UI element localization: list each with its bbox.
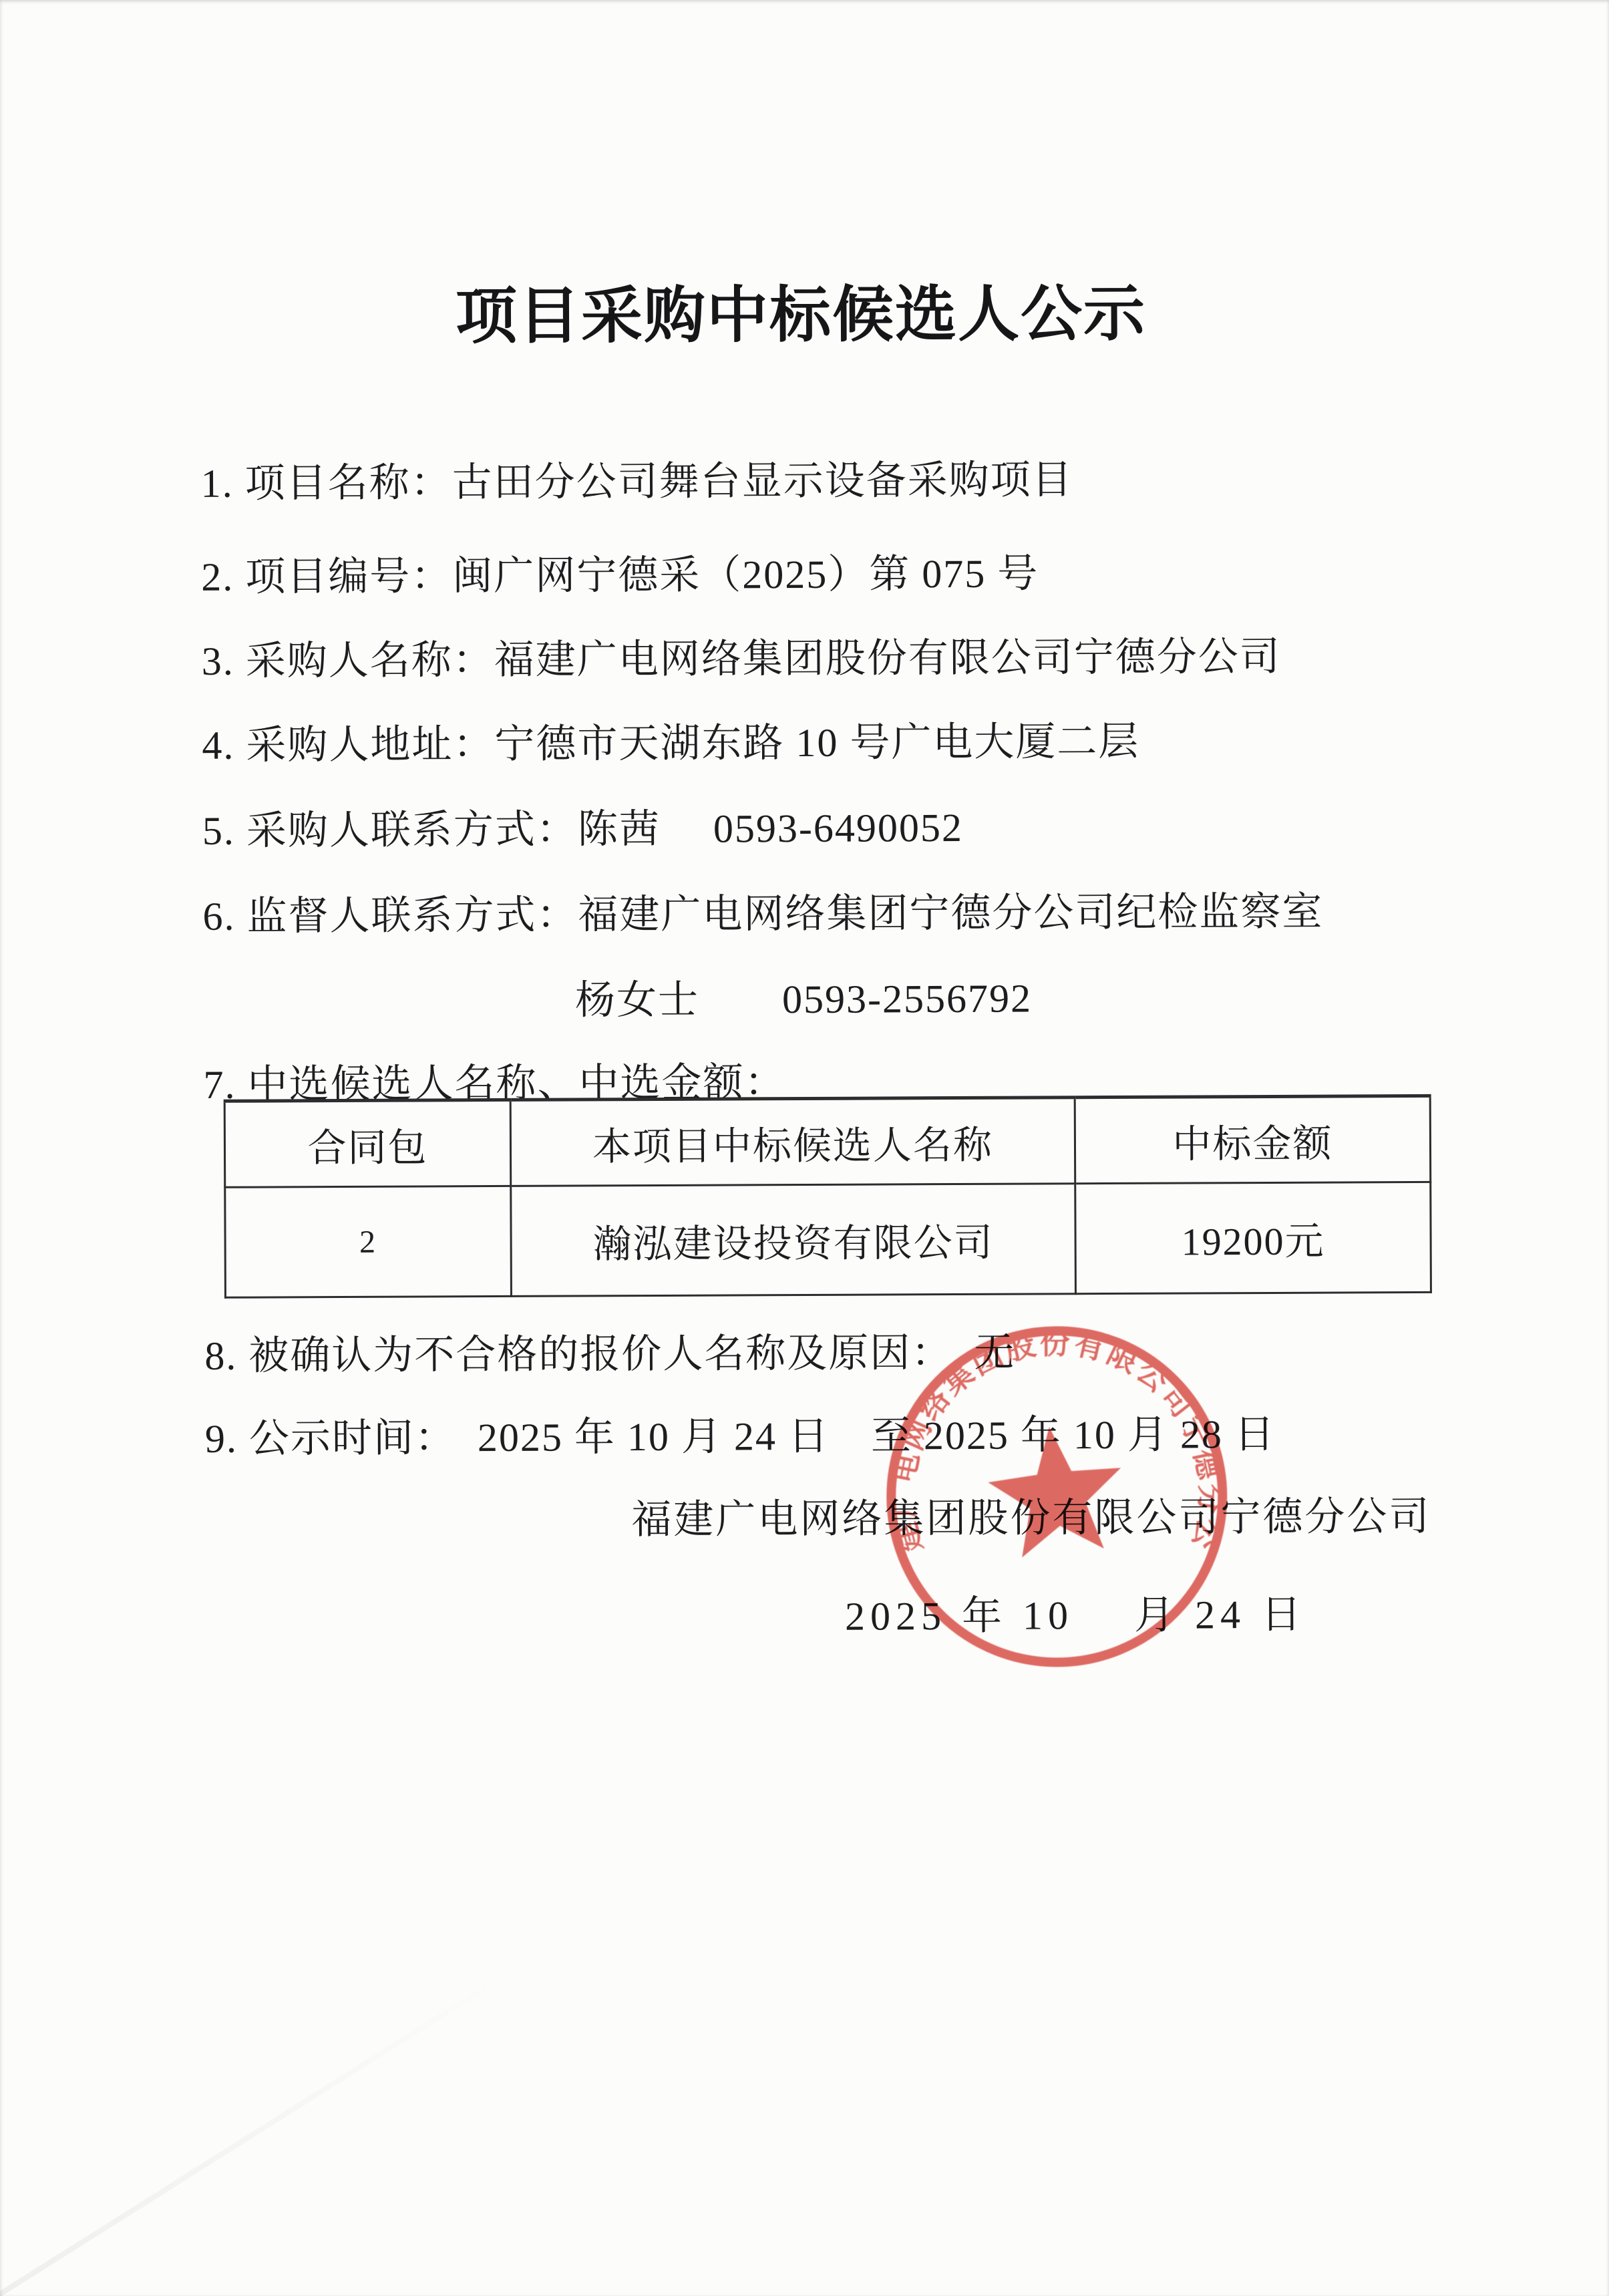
candidates-table: 合同包 本项目中标候选人名称 中标金额 2 瀚泓建设投资有限公司 19200元 — [224, 1094, 1432, 1299]
field-supervisor-contact-person: 杨女士 0593-2556792 — [575, 967, 1032, 1026]
table-row: 2 瀚泓建设投资有限公司 19200元 — [225, 1182, 1431, 1297]
cell-contract-package: 2 — [225, 1186, 512, 1297]
field-purchaser-address: 4. 采购人地址：宁德市天湖东路 10 号广电大厦二层 — [202, 709, 1139, 771]
field-purchaser-name: 3. 采购人名称：福建广电网络集团股份有限公司宁德分公司 — [202, 625, 1281, 687]
field-project-number: 2. 项目编号：闽广网宁德采（2025）第 075 号 — [201, 541, 1039, 602]
document-content: 项目采购中标候选人公示 1. 项目名称：古田分公司舞台显示设备采购项目 2. 项… — [0, 0, 1609, 2296]
field-purchaser-contact: 5. 采购人联系方式：陈茜 0593-6490052 — [202, 796, 963, 856]
page-title: 项目采购中标候选人公示 — [0, 263, 1606, 358]
header-award-amount: 中标金额 — [1075, 1096, 1431, 1183]
header-contract-package: 合同包 — [224, 1100, 511, 1187]
field-supervisor-contact: 6. 监督人联系方式：福建广电网络集团宁德分公司纪检监察室 — [202, 880, 1323, 942]
stamp-star-icon — [983, 1420, 1129, 1561]
cell-candidate-name: 瀚泓建设投资有限公司 — [511, 1184, 1076, 1297]
scan-fold-mark — [0, 1973, 507, 2296]
company-seal-stamp: 福建广电网络集团股份有限公司宁德分公司 — [876, 1315, 1238, 1677]
field-project-name: 1. 项目名称：古田分公司舞台显示设备采购项目 — [200, 448, 1073, 509]
cell-award-amount: 19200元 — [1075, 1182, 1431, 1293]
scanned-document-page: 项目采购中标候选人公示 1. 项目名称：古田分公司舞台显示设备采购项目 2. 项… — [0, 0, 1609, 2296]
header-candidate-name: 本项目中标候选人名称 — [510, 1098, 1075, 1186]
table-header-row: 合同包 本项目中标候选人名称 中标金额 — [224, 1096, 1431, 1187]
